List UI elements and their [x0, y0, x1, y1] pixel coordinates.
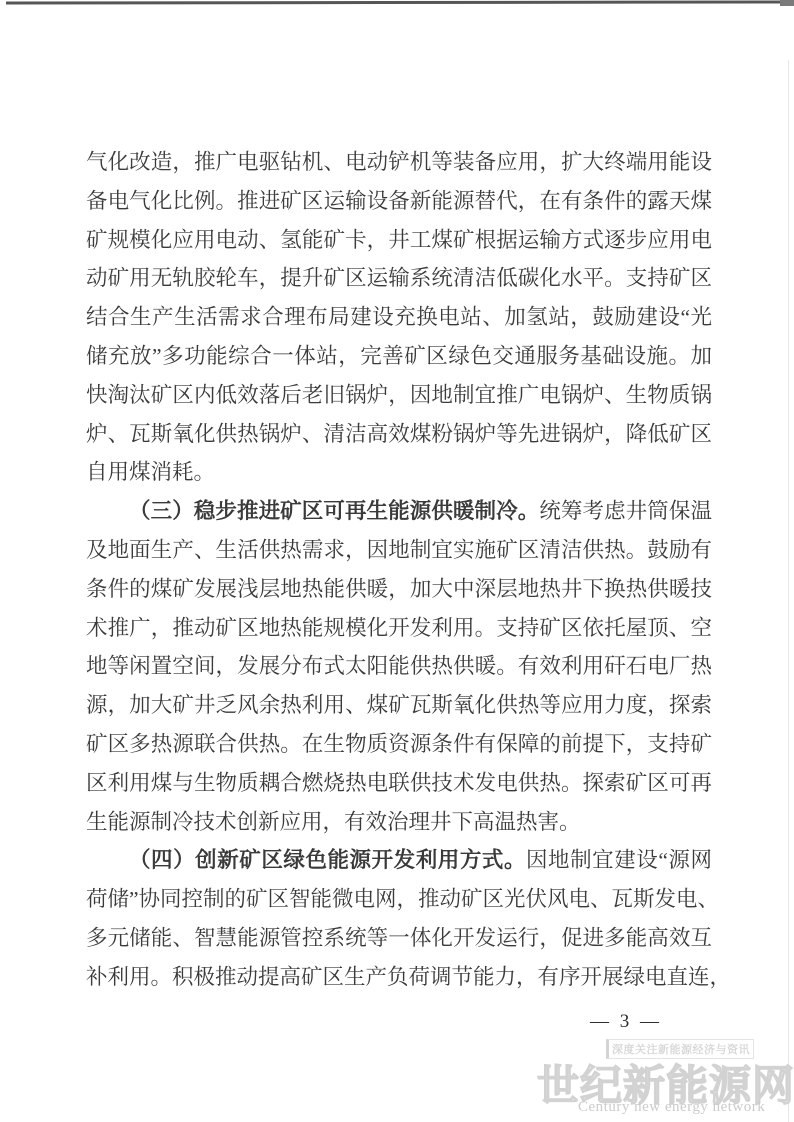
text-segment: 动矿用无轨胶轮车，提升矿区运输系统清洁低碳化水平。支持矿区	[86, 266, 712, 290]
text-segment: 储充放”多功能综合一体站，完善矿区绿色交通服务基础设施。加	[86, 344, 712, 368]
scan-edge-right	[788, 60, 789, 1122]
page-number: — 3 —	[586, 1011, 666, 1033]
text-segment: 地等闲置空间，发展分布式太阳能供热供暖。有效利用矸石电厂热	[86, 654, 712, 678]
text-line: （四）创新矿区绿色能源开发利用方式。因地制宜建设“源网	[86, 841, 712, 880]
scan-edge-corner	[780, 0, 794, 6]
text-line: 地等闲置空间，发展分布式太阳能供热供暖。有效利用矸石电厂热	[86, 647, 712, 686]
text-segment: 备电气化比例。推进矿区运输设备新能源替代，在有条件的露天煤	[86, 189, 712, 213]
text-segment: 荷储”协同控制的矿区智能微电网，推动矿区光伏风电、瓦斯发电、	[86, 887, 719, 911]
text-segment: 结合生产生活需求合理布局建设充换电站、加氢站，鼓励建设“光	[86, 305, 712, 329]
text-line: 快淘汰矿区内低效落后老旧锅炉，因地制宜推广电锅炉、生物质锅	[86, 376, 712, 415]
text-segment: 区利用煤与生物质耦合燃烧热电联供技术发电供热。探索矿区可再	[86, 771, 712, 795]
watermark-subtitle: Century new energy network	[578, 1099, 765, 1116]
text-line: 条件的煤矿发展浅层地热能供暖，加大中深层地热井下换热供暖技	[86, 570, 712, 609]
text-line: 多元储能、智慧能源管控系统等一体化开发运行，促进多能高效互	[86, 919, 712, 958]
text-line: 补利用。积极推动提高矿区生产负荷调节能力，有序开展绿电直连，	[86, 958, 712, 997]
text-line: 及地面生产、生活供热需求，因地制宜实施矿区清洁供热。鼓励有	[86, 531, 712, 570]
clause-heading: （四）创新矿区绿色能源开发利用方式。	[129, 848, 526, 872]
text-line: 炉、瓦斯氧化供热锅炉、清洁高效煤粉锅炉等先进锅炉，降低矿区	[86, 415, 712, 454]
text-line: 动矿用无轨胶轮车，提升矿区运输系统清洁低碳化水平。支持矿区	[86, 259, 712, 298]
text-segment: 统筹考虑井筒保温	[539, 499, 712, 523]
text-line: 备电气化比例。推进矿区运输设备新能源替代，在有条件的露天煤	[86, 182, 712, 221]
text-segment: 气化改造，推广电驱钻机、电动铲机等装备应用，扩大终端用能设	[86, 150, 712, 174]
text-line: 气化改造，推广电驱钻机、电动铲机等装备应用，扩大终端用能设	[86, 143, 712, 182]
text-segment: 因地制宜建设“源网	[526, 848, 712, 872]
body-text: 气化改造，推广电驱钻机、电动铲机等装备应用，扩大终端用能设备电气化比例。推进矿区…	[86, 143, 712, 997]
text-segment: 矿规模化应用电动、氢能矿卡，井工煤矿根据运输方式逐步应用电	[86, 228, 712, 252]
text-line: 生能源制冷技术创新应用，有效治理井下高温热害。	[86, 803, 712, 842]
text-line: 储充放”多功能综合一体站，完善矿区绿色交通服务基础设施。加	[86, 337, 712, 376]
text-line: 区利用煤与生物质耦合燃烧热电联供技术发电供热。探索矿区可再	[86, 764, 712, 803]
scan-edge-top	[6, 0, 794, 4]
text-segment: 自用煤消耗。	[86, 460, 215, 484]
document-page: 气化改造，推广电驱钻机、电动铲机等装备应用，扩大终端用能设备电气化比例。推进矿区…	[0, 0, 794, 1122]
text-segment: 多元储能、智慧能源管控系统等一体化开发运行，促进多能高效互	[86, 926, 712, 950]
clause-heading: （三）稳步推进矿区可再生能源供暖制冷。	[129, 499, 539, 523]
text-line: 结合生产生活需求合理布局建设充换电站、加氢站，鼓励建设“光	[86, 298, 712, 337]
text-segment: 及地面生产、生活供热需求，因地制宜实施矿区清洁供热。鼓励有	[86, 538, 712, 562]
text-segment: 术推广，推动矿区地热能规模化开发利用。支持矿区依托屋顶、空	[86, 616, 712, 640]
text-segment: 炉、瓦斯氧化供热锅炉、清洁高效煤粉锅炉等先进锅炉，降低矿区	[86, 422, 712, 446]
text-line: 荷储”协同控制的矿区智能微电网，推动矿区光伏风电、瓦斯发电、	[86, 880, 712, 919]
text-segment: 源，加大矿井乏风余热利用、煤矿瓦斯氧化供热等应用力度，探索	[86, 693, 712, 717]
text-segment: 生能源制冷技术创新应用，有效治理井下高温热害。	[86, 810, 581, 834]
text-line: 矿区多热源联合供热。在生物质资源条件有保障的前提下，支持矿	[86, 725, 712, 764]
text-line: （三）稳步推进矿区可再生能源供暖制冷。统筹考虑井筒保温	[86, 492, 712, 531]
text-line: 源，加大矿井乏风余热利用、煤矿瓦斯氧化供热等应用力度，探索	[86, 686, 712, 725]
text-line: 术推广，推动矿区地热能规模化开发利用。支持矿区依托屋顶、空	[86, 609, 712, 648]
text-segment: 矿区多热源联合供热。在生物质资源条件有保障的前提下，支持矿	[86, 732, 712, 756]
text-line: 矿规模化应用电动、氢能矿卡，井工煤矿根据运输方式逐步应用电	[86, 221, 712, 260]
text-segment: 补利用。积极推动提高矿区生产负荷调节能力，有序开展绿电直连，	[86, 965, 731, 989]
text-line: 自用煤消耗。	[86, 453, 712, 492]
text-segment: 快淘汰矿区内低效落后老旧锅炉，因地制宜推广电锅炉、生物质锅	[86, 383, 712, 407]
text-segment: 条件的煤矿发展浅层地热能供暖，加大中深层地热井下换热供暖技	[86, 577, 712, 601]
